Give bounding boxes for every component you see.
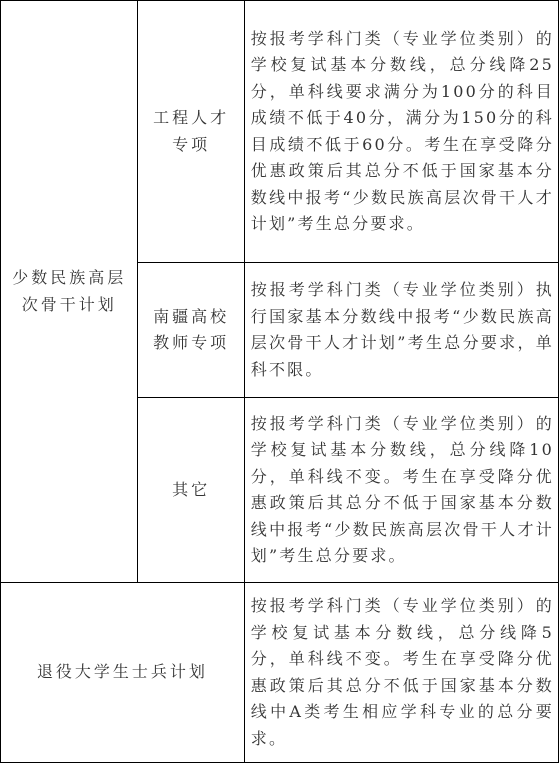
requirement-cell: 按报考学科门类（专业学位类别）的学校复试基本分数线，总分线降25分，单科线要求满… [244, 1, 558, 263]
score-requirements-table: 少数民族高层 次骨干计划 工程人才 专项 按报考学科门类（专业学位类别）的学校复… [0, 0, 559, 763]
subcategory-line: 专项 [172, 132, 210, 159]
subcategory-cell-other: 其它 [138, 398, 244, 583]
category-cell-minority-plan: 少数民族高层 次骨干计划 [1, 1, 138, 583]
table-row: 少数民族高层 次骨干计划 工程人才 专项 按报考学科门类（专业学位类别）的学校复… [1, 1, 559, 263]
table-row: 退役大学生士兵计划 按报考学科门类（专业学位类别）的学校复试基本分数线，总分线降… [1, 583, 559, 763]
category-cell-veteran-students: 退役大学生士兵计划 [1, 583, 245, 763]
subcategory-line: 其它 [172, 477, 210, 504]
category-line: 少数民族高层 [12, 265, 126, 292]
subcategory-cell-south-xinjiang-teachers: 南疆高校 教师专项 [138, 263, 244, 398]
requirement-cell: 按报考学科门类（专业学位类别）的学校复试基本分数线，总分线降5分，单科线不变。考… [244, 583, 558, 763]
requirement-cell: 按报考学科门类（专业学位类别）执行国家基本分数线中报考“少数民族高层次骨干人才计… [244, 263, 558, 398]
subcategory-line: 南疆高校 [153, 304, 229, 331]
requirement-cell: 按报考学科门类（专业学位类别）的学校复试基本分数线，总分线降10分，单科线不变。… [244, 398, 558, 583]
subcategory-line: 教师专项 [153, 330, 229, 357]
category-line: 次骨干计划 [22, 292, 117, 319]
subcategory-cell-engineering: 工程人才 专项 [138, 1, 244, 263]
subcategory-line: 工程人才 [153, 105, 229, 132]
